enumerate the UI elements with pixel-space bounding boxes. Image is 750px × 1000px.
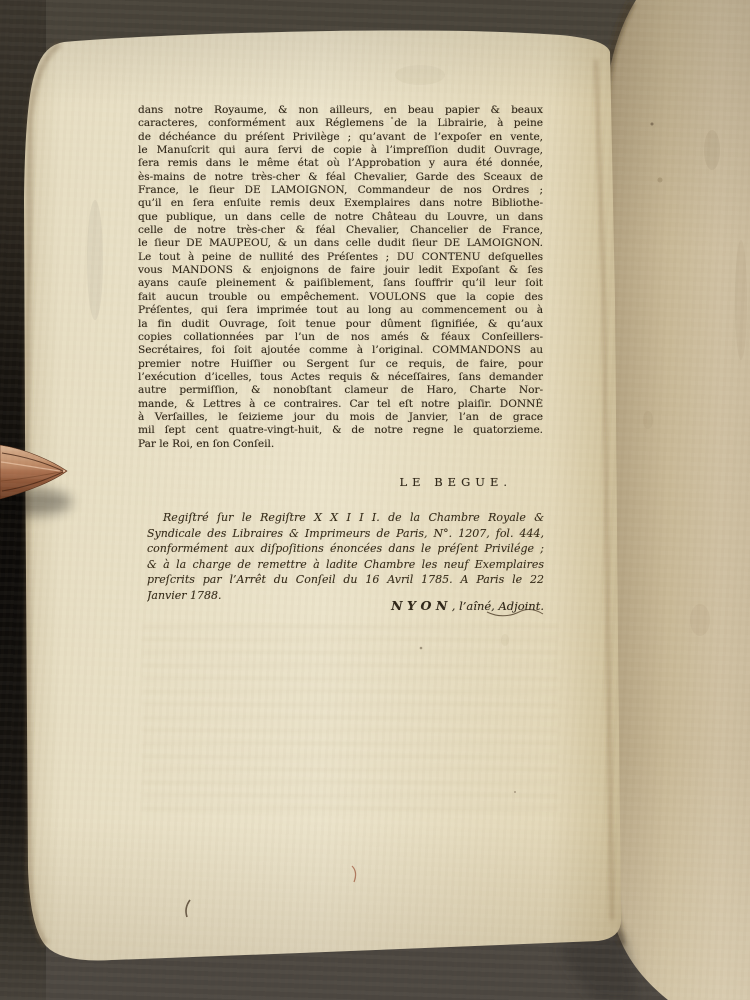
privilege-text-line: l’exécution d’icelles, tous Actes requis… (138, 371, 543, 384)
signature-nyon-middle: , l’aîné, (452, 599, 499, 613)
registration-text-line: & à la charge de remettre à ladite Chamb… (147, 557, 544, 573)
verso-showthrough (142, 624, 558, 816)
privilege-text-line: de déchéance du préſent Privilège ; qu’a… (138, 131, 543, 144)
registration-note: Regiſtré ſur le Regiſtre X X I I I. de l… (147, 510, 544, 604)
privilege-text-line: le Manuſcrit qui aura ſervi de copie à l… (138, 144, 543, 157)
registration-text-line: conformément aux diſpoſitions énoncées d… (147, 541, 544, 557)
privilege-text-line: autre permiſſion, & nonobſtant clameur d… (138, 384, 543, 397)
privilege-text-line: mil ſept cent quatre-vingt-huit, & de no… (138, 424, 543, 437)
privilege-text: dans notre Royaume, & non ailleurs, en b… (138, 104, 543, 451)
signature-le-begue: LE BEGUE. (138, 475, 543, 489)
privilege-text-line: ſera remis dans le même état où l’Approb… (138, 157, 543, 170)
facing-page-shading (600, 0, 750, 1000)
privilege-text-line: le ſieur DE MAUPEOU, & un dans celle dud… (138, 237, 543, 250)
privilege-text-line: ayans cauſe pleinement & paiſiblement, ſ… (138, 277, 543, 290)
signature-nyon-last: Adjoint. (498, 599, 544, 613)
privilege-text-line: caracteres, conformément aux Réglemens d… (138, 117, 543, 130)
registration-text-line: preſcrits par l’Arrêt du Conſeil du 16 A… (147, 572, 544, 588)
privilege-text-line: Par le Roi, en ſon Conſeil. (138, 438, 543, 451)
signature-nyon-name: NYON (391, 598, 452, 613)
privilege-text-line: dans notre Royaume, & non ailleurs, en b… (138, 104, 543, 117)
book-photograph: dans notre Royaume, & non ailleurs, en b… (0, 0, 750, 1000)
privilege-text-line: Secrétaires, foi ſoit ajoutée comme à l’… (138, 344, 543, 357)
registration-text-line: Regiſtré ſur le Regiſtre X X I I I. de l… (147, 510, 544, 526)
privilege-text-line: fait aucun trouble ou empêchement. VOULO… (138, 291, 543, 304)
signature-nyon: NYON, l’aîné, Adjoint. (147, 598, 544, 613)
privilege-text-line: Le tout à peine de nullité des Préſentes… (138, 251, 543, 264)
privilege-text-line: qu’il en ſera enſuite remis deux Exempla… (138, 197, 543, 210)
privilege-text-line: vous MANDONS & enjoignons de faire jouir… (138, 264, 543, 277)
privilege-text-line: mande, & Lettres à ce contraires. Car te… (138, 398, 543, 411)
privilege-text-line: premier notre Huiſſier ou Sergent ſur ce… (138, 358, 543, 371)
registration-text-line: Syndicale des Libraires & Imprimeurs de … (147, 526, 544, 542)
privilege-text-line: que publique, un dans celle de notre Châ… (138, 211, 543, 224)
privilege-text-line: la fin dudit Ouvrage, ſoit tenue pour dû… (138, 318, 543, 331)
privilege-text-line: Préſentes, qui ſera imprimée tout au lon… (138, 304, 543, 317)
privilege-text-line: à Verſailles, le ſeizieme jour du mois d… (138, 411, 543, 424)
privilege-text-line: celle de notre très-cher & féal Chevalie… (138, 224, 543, 237)
privilege-text-line: ès-mains de notre très-cher & féal Cheva… (138, 171, 543, 184)
signature-le-begue-text: LE BEGUE. (400, 475, 512, 489)
privilege-text-line: copies collationnées par l’un de nos amé… (138, 331, 543, 344)
privilege-text-line: France, le ſieur DE LAMOIGNON, Commandeu… (138, 184, 543, 197)
